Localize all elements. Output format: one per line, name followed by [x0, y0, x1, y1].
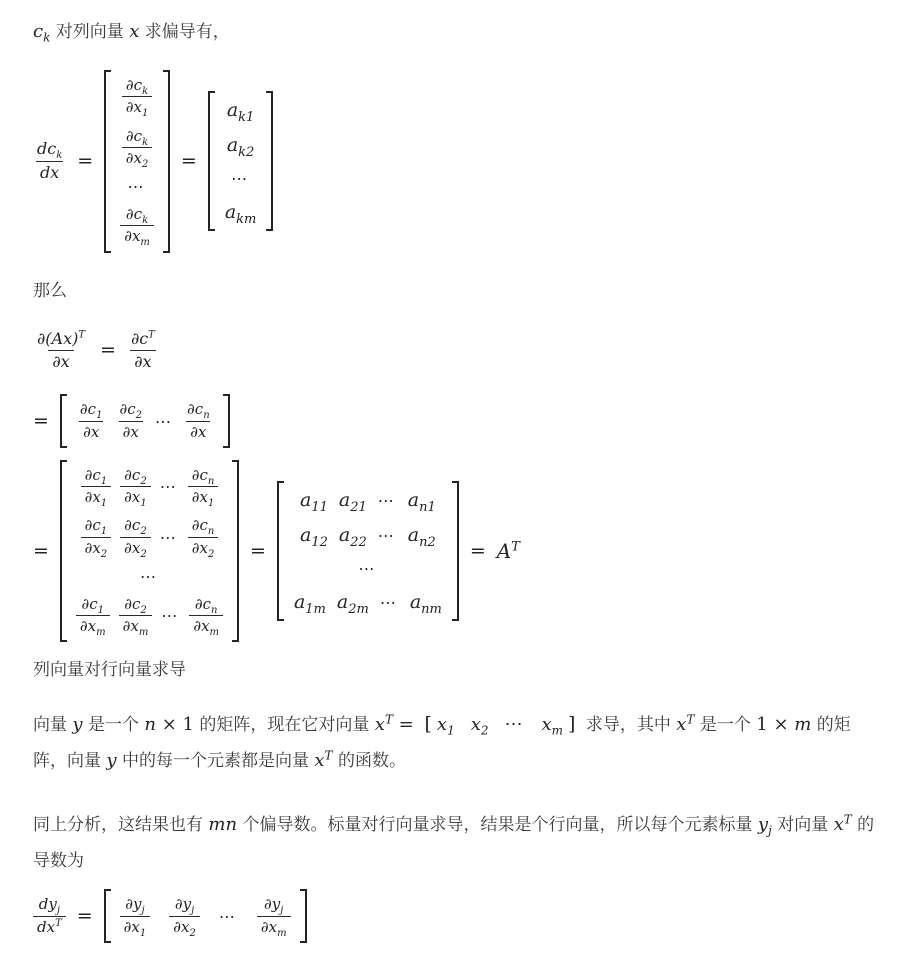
matrix-bracket-right	[223, 394, 230, 448]
horizontal-dots: ⋯	[378, 491, 397, 510]
vertical-dots: ⋯	[140, 567, 159, 586]
matrix-partials-column: ∂ck∂x1 ∂ck∂x2 ⋯ ∂ck∂xm	[104, 70, 170, 253]
equals-sign: =	[459, 540, 497, 562]
vertical-dots: ⋯	[231, 169, 250, 188]
math-one: 1	[756, 714, 767, 735]
equals-inline: =	[393, 714, 420, 735]
formula-row-vector: = ∂c1∂x ∂c2∂x ⋯ ∂cn∂x	[33, 394, 876, 448]
matrix-row: ∂c1∂x1 ∂c2∂x1 ⋯ ∂cn∂x1	[81, 466, 219, 508]
matrix-bracket-right	[232, 460, 239, 643]
times-sign: ×	[156, 714, 183, 735]
matrix-cell: ∂yj∂x2	[169, 895, 200, 937]
matrix-cell: anm	[410, 591, 442, 613]
then-text: 那么	[33, 279, 876, 303]
math-xT: x	[314, 750, 324, 771]
para-text: 求导，其中	[580, 715, 676, 735]
matrix-row: ∂yj∂x1 ∂yj∂x2 ⋯ ∂yj∂xm	[120, 895, 291, 937]
matrix-cell: ∂cn∂x1	[188, 466, 219, 508]
matrix-row: a11 a21 ⋯ an1	[300, 489, 436, 511]
matrix-body: ∂ck∂x1 ∂ck∂x2 ⋯ ∂ck∂xm	[111, 70, 163, 253]
para-text: 是一个	[83, 715, 145, 735]
para-text: 个偏导数。标量对行向量求导，结果是个行向量，所以每个元素标量	[237, 815, 758, 835]
matrix-cell: ak2	[227, 134, 254, 156]
matrix-bracket-right	[452, 481, 459, 621]
math-x2-sub: 2	[481, 724, 489, 738]
equals-sign: =	[33, 540, 60, 562]
section-heading: 列向量对行向量求导	[33, 658, 876, 682]
matrix-cell: an2	[408, 524, 436, 546]
matrix-bracket-right	[163, 70, 170, 253]
horizontal-dots: ⋯	[380, 593, 399, 612]
matrix-cell: akm	[225, 201, 257, 223]
horizontal-dots: ⋯	[155, 412, 174, 431]
matrix-cell: a2m	[337, 591, 369, 613]
para-text: 向量	[33, 715, 72, 735]
matrix-cell: ak1	[227, 99, 254, 121]
matrix-bracket-left	[277, 481, 284, 621]
para-text: 的矩阵，现在它对向量	[194, 715, 375, 735]
matrix-row: ∂c1∂x ∂c2∂x ⋯ ∂cn∂x	[76, 400, 214, 442]
matrix-row: ∂c1∂x2 ∂c2∂x2 ⋯ ∂cn∂x2	[81, 516, 219, 558]
matrix-bracket-right	[266, 91, 273, 231]
matrix-body: ∂yj∂x1 ∂yj∂x2 ⋯ ∂yj∂xm	[111, 889, 300, 943]
matrix-body: ∂c1∂x1 ∂c2∂x1 ⋯ ∂cn∂x1 ∂c1∂x2 ∂c2∂x2 ⋯ ∂…	[67, 460, 232, 643]
formula-dyj-dxT: dyjdxT = ∂yj∂x1 ∂yj∂x2 ⋯ ∂yj∂xm	[33, 889, 876, 943]
matrix-cell: ∂c2∂x2	[120, 516, 151, 558]
vertical-dots: ⋯	[358, 559, 377, 578]
matrix-cell: a1m	[294, 591, 326, 613]
paragraph-vector-y: 向量 y 是一个 n × 1 的矩阵，现在它对向量 xT = [x1x2⋯xm]…	[33, 706, 876, 779]
matrix-body: ∂c1∂x ∂c2∂x ⋯ ∂cn∂x	[67, 394, 223, 448]
math-xT: x	[676, 714, 686, 735]
math-x: x	[129, 21, 139, 42]
formula-dAxT-dx: ∂(Ax)T∂x = ∂cT∂x	[33, 329, 876, 373]
matrix-cell: ∂c1∂x1	[81, 466, 112, 508]
matrix-cell: a11	[300, 489, 328, 511]
equals-sign: =	[239, 540, 277, 562]
math-xT-sup: T	[844, 813, 852, 827]
matrix-cell: ∂c1∂x	[76, 400, 107, 442]
para-text: 对向量	[772, 815, 834, 835]
para-text: 是一个	[694, 715, 756, 735]
matrix-cell: an1	[408, 489, 436, 511]
intro-text-1: 对列向量	[50, 22, 129, 42]
matrix-bracket-left	[104, 70, 111, 253]
para-text: 中的每一个元素都是向量	[117, 751, 315, 771]
math-n: n	[144, 714, 156, 735]
matrix-cell: ∂cn∂x2	[188, 516, 219, 558]
matrix-cell: ∂cn∂xm	[189, 595, 223, 637]
matrix-row: a12 a22 ⋯ an2	[300, 524, 436, 546]
math-xT-sup: T	[385, 713, 393, 727]
times-sign: ×	[768, 714, 795, 735]
matrix-bracket-right	[300, 889, 307, 943]
matrix-cell: ∂yj∂x1	[120, 895, 151, 937]
matrix-bracket-left	[60, 460, 67, 643]
math-xm: x	[542, 714, 552, 735]
fraction-dck-dx: dckdx	[33, 139, 66, 183]
intro-line: ck 对列向量 x 求偏导有，	[33, 20, 876, 44]
document-page: ck 对列向量 x 求偏导有， dckdx = ∂ck∂x1 ∂ck∂x2 ⋯ …	[0, 0, 900, 943]
matrix-cell: ∂c1∂x2	[81, 516, 112, 558]
intro-text-2: 求偏导有，	[139, 22, 229, 42]
fraction-dyj-dxT: dyjdxT	[33, 895, 66, 937]
fraction-dcT-dx: ∂cT∂x	[127, 329, 159, 373]
matrix-body: ak1 ak2 ⋯ akm	[215, 91, 267, 231]
math-xT: x	[834, 814, 844, 835]
math-x1: x	[437, 714, 447, 735]
horizontal-dots: ⋯	[505, 714, 526, 735]
math-y: y	[106, 750, 116, 771]
para-text: 的函数。	[333, 751, 406, 771]
math-mn: mn	[208, 814, 237, 835]
matrix-cell: a22	[339, 524, 367, 546]
matrix-bracket-left	[104, 889, 111, 943]
horizontal-dots: ⋯	[160, 477, 179, 496]
equals-sign: =	[170, 150, 208, 172]
math-xT: x	[375, 714, 385, 735]
math-x1-sub: 1	[447, 724, 455, 738]
math-y: y	[72, 714, 82, 735]
equals-sign: =	[89, 339, 127, 361]
matrix-a-column: ak1 ak2 ⋯ akm	[208, 91, 274, 231]
math-x2: x	[471, 714, 481, 735]
matrix-cell: ∂ck∂xm	[120, 205, 154, 247]
math-xT-sup: T	[325, 749, 333, 763]
horizontal-dots: ⋯	[161, 606, 180, 625]
matrix-cell: a21	[339, 489, 367, 511]
matrix-partials: ∂c1∂x1 ∂c2∂x1 ⋯ ∂cn∂x1 ∂c1∂x2 ∂c2∂x2 ⋯ ∂…	[60, 460, 239, 643]
math-yj: y	[758, 814, 768, 835]
horizontal-dots: ⋯	[378, 526, 397, 545]
para-text: 同上分析，这结果也有	[33, 815, 208, 835]
math-one: 1	[183, 714, 194, 735]
matrix-cell: ∂c2∂xm	[119, 595, 153, 637]
matrix-a-transpose: a11 a21 ⋯ an1 a12 a22 ⋯ an2 ⋯ a1m a2m ⋯ …	[277, 481, 459, 621]
matrix-cell: ∂ck∂x2	[122, 127, 153, 169]
row-vector: ∂c1∂x ∂c2∂x ⋯ ∂cn∂x	[60, 394, 230, 448]
matrix-cell: ∂c1∂xm	[76, 595, 110, 637]
matrix-cell: ∂yj∂xm	[257, 895, 291, 937]
matrix-cell: ∂c2∂x1	[120, 466, 151, 508]
matrix-bracket-left	[208, 91, 215, 231]
formula-jacobian-matrix: = ∂c1∂x1 ∂c2∂x1 ⋯ ∂cn∂x1 ∂c1∂x2 ∂c2∂x2 ⋯…	[33, 460, 876, 643]
math-ck: c	[33, 21, 43, 42]
right-bracket: ]	[568, 713, 575, 735]
matrix-cell: ∂c2∂x	[115, 400, 146, 442]
matrix-body: a11 a21 ⋯ an1 a12 a22 ⋯ an2 ⋯ a1m a2m ⋯ …	[284, 481, 452, 621]
matrix-bracket-left	[60, 394, 67, 448]
left-bracket: [	[424, 713, 431, 735]
formula-dck-dx: dckdx = ∂ck∂x1 ∂ck∂x2 ⋯ ∂ck∂xm = ak1 ak2…	[33, 70, 876, 253]
math-a-transpose: AT	[497, 539, 520, 563]
math-xm-sub: m	[552, 724, 563, 738]
matrix-row: ∂c1∂xm ∂c2∂xm ⋯ ∂cn∂xm	[76, 595, 223, 637]
equals-sign: =	[66, 905, 104, 927]
matrix-cell: ∂cn∂x	[183, 400, 214, 442]
vertical-dots: ⋯	[128, 177, 147, 196]
math-m: m	[794, 714, 811, 735]
fraction-dAxT-dx: ∂(Ax)T∂x	[33, 329, 89, 373]
equals-sign: =	[66, 150, 104, 172]
paragraph-analysis: 同上分析，这结果也有 mn 个偏导数。标量对行向量求导，结果是个行向量，所以每个…	[33, 807, 876, 879]
horizontal-dots: ⋯	[160, 528, 179, 547]
matrix-cell: ∂ck∂x1	[122, 76, 153, 118]
matrix-cell: a12	[300, 524, 328, 546]
matrix-row: a1m a2m ⋯ anm	[294, 591, 442, 613]
horizontal-dots: ⋯	[219, 907, 238, 926]
row-vector: ∂yj∂x1 ∂yj∂x2 ⋯ ∂yj∂xm	[104, 889, 307, 943]
equals-sign: =	[33, 410, 60, 432]
